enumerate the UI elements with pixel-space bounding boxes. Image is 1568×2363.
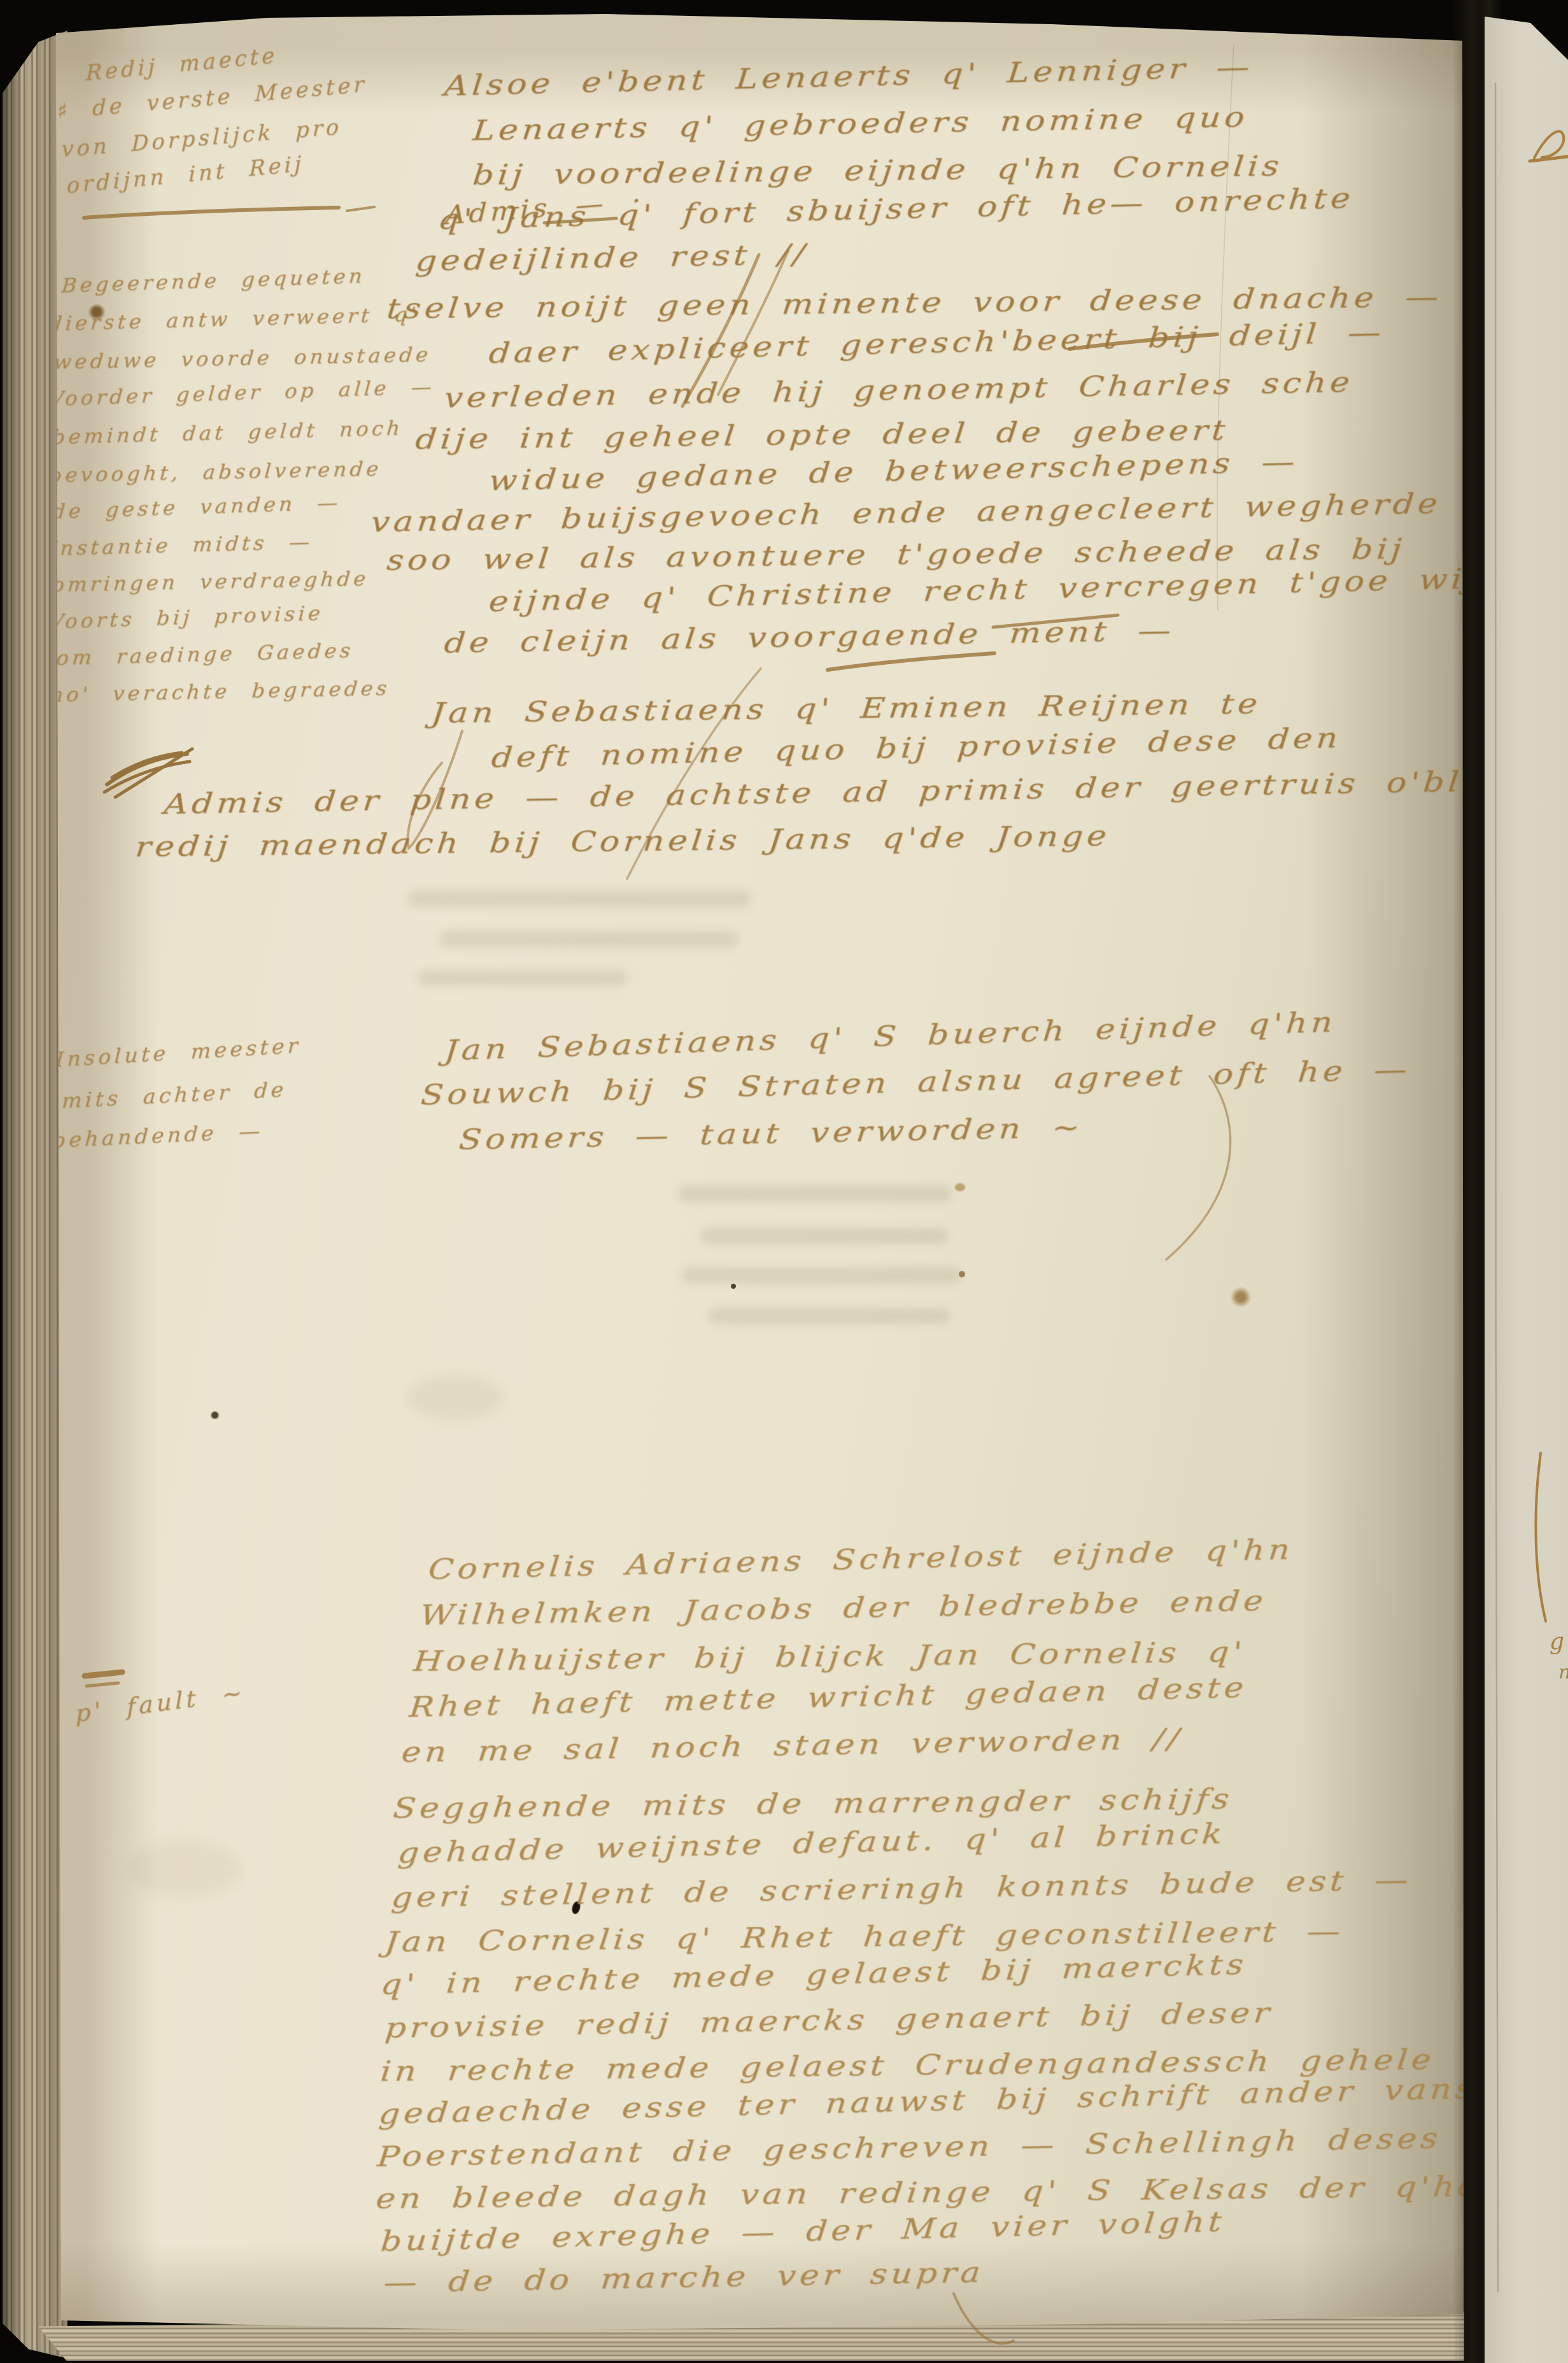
handwritten-line: mo' verachte begraedes [43,677,391,707]
fleck [210,1411,220,1419]
handwritten-line: Begeerende gequeten [60,265,366,298]
manuscript-page: Redij maecte♯ de verste Meestervon Dorps… [0,0,1568,2363]
handwritten-line: Lenaerts q' gebroeders nomine quo [472,101,1250,147]
ink-show-through [439,931,738,947]
ink-show-through [417,970,627,986]
handwritten-line: geri stellent de scrieringh konnts bude … [390,1864,1413,1914]
ink-show-through [678,1186,952,1202]
handwritten-line: Alsoe e'bent Lenaerts q' Lenniger — [443,51,1255,103]
handwritten-line: de cleijn als voorgaende ment — [443,614,1176,660]
foxing [407,1375,503,1420]
handwritten-line: Hoelhuijster bij blijck Jan Cornelis q' [412,1636,1247,1678]
handwritten-line: provisie redij maercks genaert bij deser [384,1997,1275,2045]
handwritten-line: Somers — taut verworden ~ [458,1111,1085,1156]
handwritten-line: deft nomine quo bij provisie dese den [490,722,1343,775]
handwritten-line: verleden ende hij genoempt Charles sche [443,366,1355,415]
handwritten-line: p' fault ~ [75,1680,246,1728]
handwritten-line: bevooght, absolverende [48,458,383,488]
fleck [959,1271,965,1277]
book-scan-scene: Redij maecte♯ de verste Meestervon Dorps… [0,0,1568,2363]
ink-show-through [407,890,751,907]
handwritten-line: Segghende mits de marrengder schijfs [392,1783,1234,1825]
handwritten-line: en me sal noch staen verworden // [400,1723,1184,1770]
handwritten-line: en bleede dagh van redinge q' S Kelsas d… [374,2170,1508,2215]
handwritten-line: Jan Sebastiaens q' S buerch eijnde q'hn [443,1006,1337,1067]
handwritten-line: Cornelis Adriaens Schrelost eijnde q'hn [427,1533,1295,1586]
ink-show-through [681,1267,961,1284]
handwritten-line: de geste vanden — [51,491,342,523]
handwritten-line: Rhet haeft mette wricht gedaen deste [408,1671,1248,1724]
handwritten-line: gedeijlinde rest // [414,238,810,278]
handwritten-line: Voorts bij provisie [48,602,324,634]
handwritten-line: mits achter de [61,1077,287,1113]
handwritten-line: bij voordeelinge eijnde q'hn Cornelis [471,150,1284,192]
fleck [731,1284,736,1289]
handwritten-line: Admis der plne — de achtste ad primis de… [163,765,1525,821]
handwritten-line: weduwe voorde onustaede [53,343,432,374]
ink-show-through [700,1228,949,1244]
handwritten-line: gehadde weijnste defaut. q' al brinck [397,1817,1227,1870]
handwritten-line: redij maendach bij Cornelis Jans q'de Jo… [134,820,1112,863]
handwritten-line: Insolute meester [55,1033,301,1072]
handwritten-line: Redij maecte [86,43,278,85]
stain-spot [1230,1288,1252,1307]
handwritten-line: Poerstendant die geschreven — Schellingh… [376,2120,1533,2173]
handwritten-line: om raedinge Gaedes [55,639,355,670]
handwritten-line: daer expliceert geresch'beert bij deijl … [488,316,1386,370]
handwritten-line: omringen verdraeghde [51,567,370,597]
handwritten-line: Wilhelmken Jacobs der bledrebbe ende [419,1585,1268,1632]
handwritten-line: Instantie midts — [48,530,314,560]
handwritten-line: Jan Sebastiaens q' Eminen Reijnen te [430,688,1262,730]
adjacent-page-edge [1485,0,1568,2363]
handwritten-line: behandende — [52,1119,264,1153]
foxing [127,1840,242,1898]
handwritten-line: — de do marche ver supra [383,2257,985,2300]
handwritten-line: bemindt dat geldt noch [51,417,404,450]
ink-show-through [708,1308,950,1324]
stain-spot [955,1183,965,1191]
handwritten-line: Voorder gelder op alle — [48,375,435,411]
